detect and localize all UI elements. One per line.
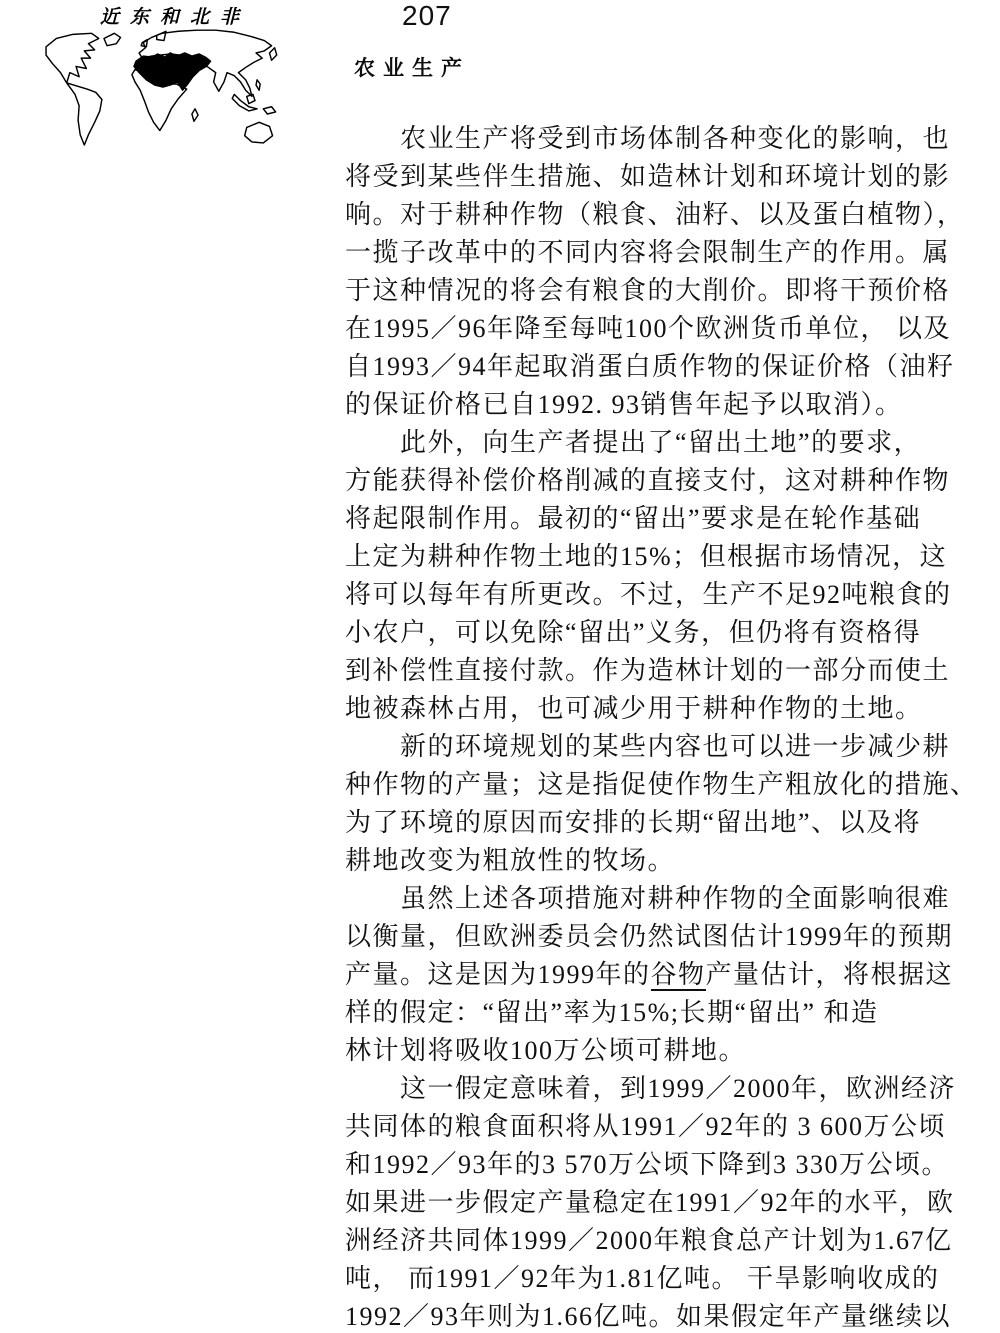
text-line: 新的环境规划的某些内容也可以进一步减少耕 [345,728,950,766]
text-line: 农业生产将受到市场体制各种变化的影响，也 [345,120,950,158]
paragraph: 虽然上述各项措施对耕种作物的全面影响很难以衡量，但欧洲委员会仍然试图估计1999… [345,880,950,1070]
world-map [35,24,295,174]
nena-region-highlight [134,53,211,90]
paragraph: 农业生产将受到市场体制各种变化的影响，也将受到某些伴生措施、如造林计划和环境计划… [345,120,950,424]
text-line: 的保证价格已自1992. 93销售年起予以取消）。 [345,386,950,424]
greenland-outline [104,33,121,45]
text-line: 产量。这是因为1999年的谷物产量估计，将根据这 [345,956,950,994]
region-map-block: 近东和北非 [30,0,300,180]
text-line: 一揽子改革中的不同内容将会限制生产的作用。属 [345,234,950,272]
australia-outline [245,122,273,143]
text-line: 将受到某些伴生措施、如造林计划和环境计划的影 [345,158,950,196]
text-line: 样的假定：“留出”率为15%;长期“留出” 和造 [345,994,950,1032]
text-line: 虽然上述各项措施对耕种作物的全面影响很难 [345,880,950,918]
paragraph: 此外，向生产者提出了“留出土地”的要求，方能获得补偿价格削减的直接支付，这对耕种… [345,424,950,728]
page: 近东和北非 [0,0,1000,1333]
text-line: 于这种情况的将会有粮食的大削价。即将干预价格 [345,272,950,310]
paragraph: 新的环境规划的某些内容也可以进一步减少耕种作物的产量；这是指促使作物生产粗放化的… [345,728,950,880]
text-line: 1992／93年则为1.66亿吨。如果假定年产量继续以 [345,1298,950,1333]
text-line: 洲经济共同体1999／2000年粮食总产计划为1.67亿 [345,1222,950,1260]
text-line: 以衡量，但欧洲委员会仍然试图估计1999年的预期 [345,918,950,956]
south-america-outline [67,83,102,145]
text-line: 将可以每年有所更改。不过，生产不足92吨粮食的 [345,576,950,614]
underlined-term: 谷物 [651,960,706,991]
text-line: 这一假定意味着，到1999／2000年，欧洲经济 [345,1070,950,1108]
text-line: 自1993／94年起取消蛋白质作物的保证价格（油籽 [345,348,950,386]
philippines-outline [256,80,260,90]
text-line: 林计划将吸收100万公顷可耕地。 [345,1032,950,1070]
text-line: 方能获得补偿价格削减的直接支付，这对耕种作物 [345,462,950,500]
text-segment: 产量。这是因为1999年的 [345,960,651,989]
paragraph: 这一假定意味着，到1999／2000年，欧洲经济共同体的粮食面积将从1991／9… [345,1070,950,1333]
text-line: 小农户，可以免除“留出”义务，但仍将有资格得 [345,614,950,652]
borneo-outline [247,94,255,103]
text-line: 在1995／96年降至每吨100个欧洲货币单位， 以及 [345,310,950,348]
text-line: 到补偿性直接付款。作为造林计划的一部分而使土 [345,652,950,690]
text-line: 地被森林占用，也可减少用于耕种作物的土地。 [345,690,950,728]
text-line: 如果进一步假定产量稳定在1991／92年的水平，欧 [345,1184,950,1222]
text-line: 耕地改变为粗放性的牧场。 [345,842,950,880]
north-america-outline [46,33,99,83]
text-line: 为了环境的原因而安排的长期“留出地”、以及将 [345,804,950,842]
text-line: 和1992／93年的3 570万公顷下降到3 330万公顷。 [345,1146,950,1184]
text-line: 上定为耕种作物土地的15%；但根据市场情况，这 [345,538,950,576]
new-guinea-outline [263,107,275,114]
text-line: 吨， 而1991／92年为1.81亿吨。 干旱影响收成的 [345,1260,950,1298]
madagascar-outline [192,109,198,121]
page-number: 207 [402,0,452,32]
text-line: 此外，向生产者提出了“留出土地”的要求， [345,424,950,462]
section-heading: 农业生产 [354,52,470,82]
text-line: 共同体的粮食面积将从1991／92年的 3 600万公顷 [345,1108,950,1146]
text-line: 响。对于耕种作物（粮食、油籽、以及蛋白植物）， [345,196,950,234]
text-line: 将起限制作用。最初的“留出”要求是在轮作基础 [345,500,950,538]
japan-outline [269,48,276,60]
body-text: 农业生产将受到市场体制各种变化的影响，也将受到某些伴生措施、如造林计划和环境计划… [345,120,950,1333]
text-segment: 产量估计，将根据这 [706,960,954,989]
text-line: 种作物的产量；这是指促使作物生产粗放化的措施、 [345,766,950,804]
